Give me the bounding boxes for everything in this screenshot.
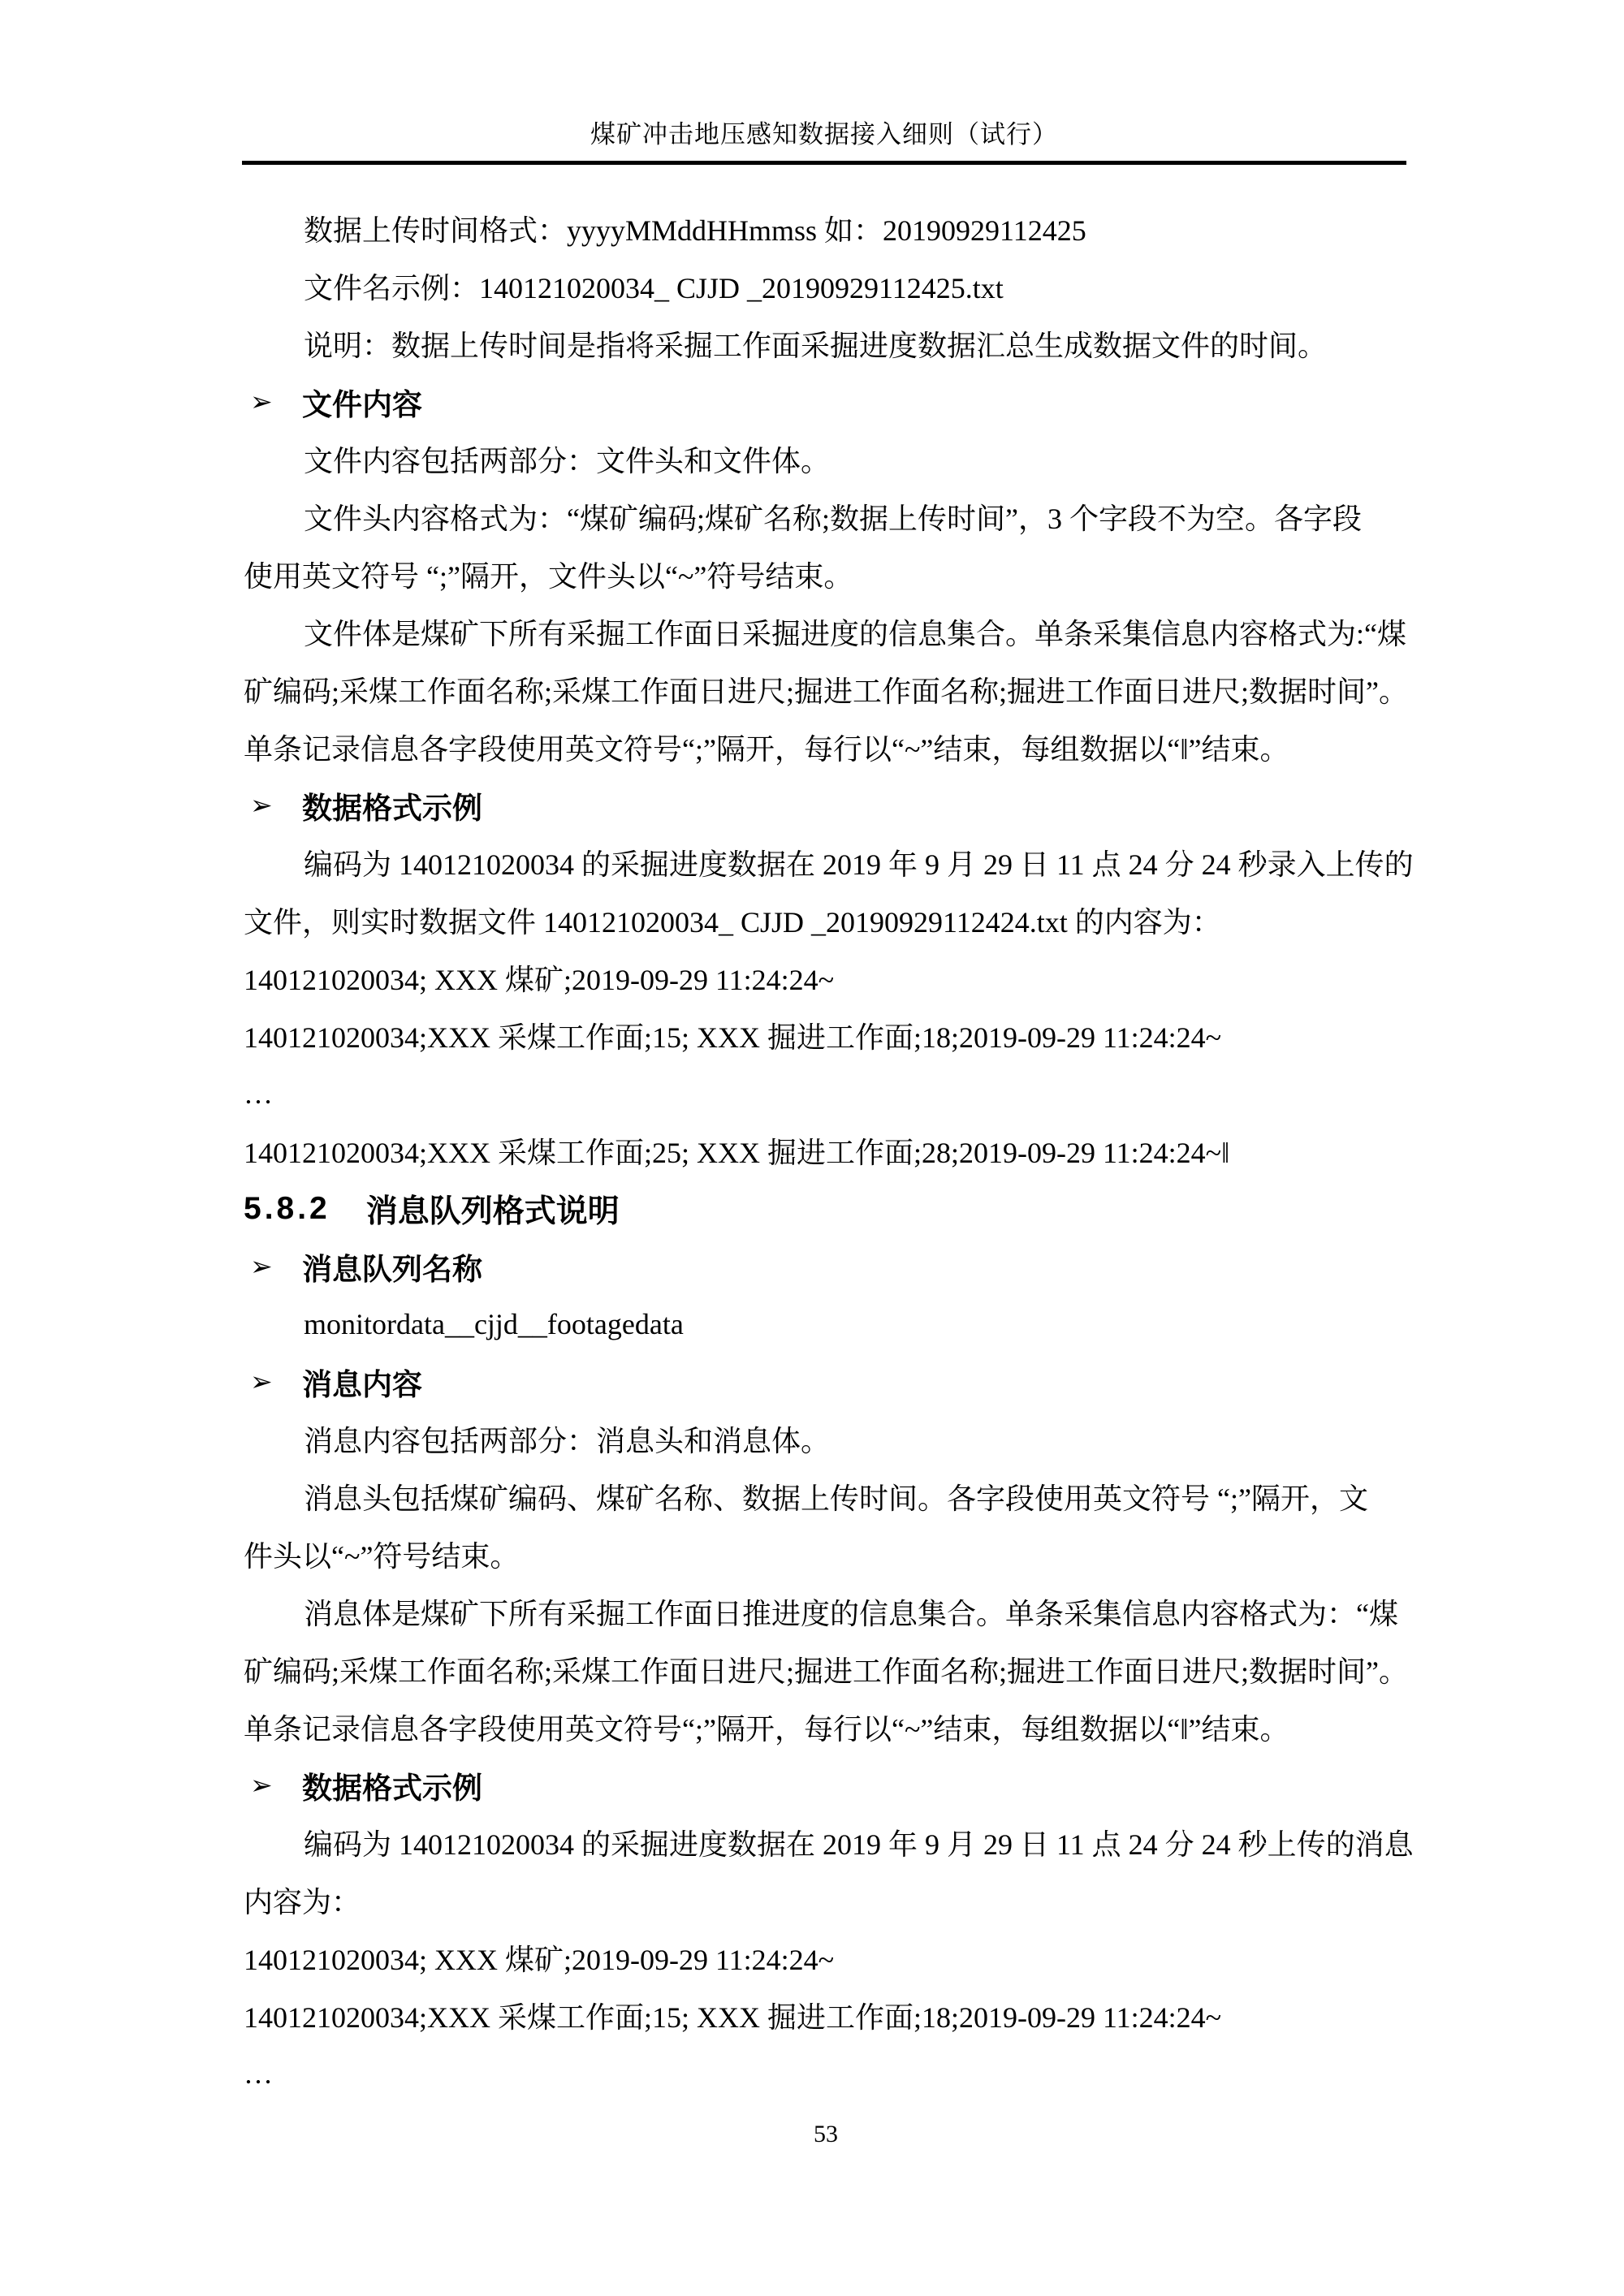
body-line: 消息头包括煤矿编码、煤矿名称、数据上传时间。各字段使用英文符号 “;”隔开，文 [244, 1468, 1413, 1526]
section-heading-582: 5.8.2 消息队列格式说明 [244, 1180, 1413, 1237]
queue-name-line: monitordata__cjjd__footagedata [244, 1295, 1413, 1353]
body-line: 文件头内容格式为：“煤矿编码;煤矿名称;数据上传时间”，3 个字段不为空。各字段 [244, 488, 1413, 546]
document-body: 数据上传时间格式：yyyyMMddHHmmss 如：20190929112425… [244, 200, 1413, 2102]
bullet-heading-label: 消息内容 [302, 1360, 422, 1404]
arrow-bullet-icon: ➢ [250, 1366, 302, 1398]
data-example-line: 140121020034;XXX 采煤工作面;15; XXX 掘进工作面;18;… [244, 1987, 1413, 2044]
ellipsis-line: … [244, 1064, 1413, 1122]
ellipsis-line: … [244, 2044, 1413, 2102]
body-line: 单条记录信息各字段使用英文符号“;”隔开，每行以“~”结束，每组数据以“‖”结束… [244, 1698, 1413, 1756]
section-title: 消息队列格式说明 [366, 1186, 620, 1232]
section-number: 5.8.2 [244, 1191, 330, 1227]
body-line: 文件体是煤矿下所有采掘工作面日采掘进度的信息集合。单条采集信息内容格式为:“煤 [244, 603, 1413, 661]
bullet-heading-label: 数据格式示例 [302, 1763, 482, 1807]
arrow-bullet-icon: ➢ [250, 1769, 302, 1802]
bullet-heading-data-format-example-1: ➢ 数据格式示例 [244, 776, 1413, 834]
body-line: 单条记录信息各字段使用英文符号“;”隔开，每行以“~”结束，每组数据以“‖”结束… [244, 719, 1413, 776]
arrow-bullet-icon: ➢ [250, 386, 302, 418]
arrow-bullet-icon: ➢ [250, 789, 302, 822]
bullet-heading-label: 文件内容 [302, 380, 422, 424]
document-page: { "header": { "title": "煤矿冲击地压感知数据接入细则（试… [0, 0, 1624, 2296]
data-example-line: 140121020034;XXX 采煤工作面;15; XXX 掘进工作面;18;… [244, 1007, 1413, 1064]
bullet-heading-queue-name: ➢ 消息队列名称 [244, 1237, 1413, 1295]
data-example-line: 140121020034;XXX 采煤工作面;25; XXX 掘进工作面;28;… [244, 1122, 1413, 1180]
body-line: 数据上传时间格式：yyyyMMddHHmmss 如：20190929112425 [244, 200, 1413, 257]
bullet-heading-file-content: ➢ 文件内容 [244, 373, 1413, 430]
body-line: 矿编码;采煤工作面名称;采煤工作面日进尺;掘进工作面名称;掘进工作面日进尺;数据… [244, 1641, 1413, 1698]
data-example-line: 140121020034; XXX 煤矿;2019-09-29 11:24:24… [244, 1929, 1413, 1987]
data-example-line: 140121020034; XXX 煤矿;2019-09-29 11:24:24… [244, 949, 1413, 1007]
arrow-bullet-icon: ➢ [250, 1250, 302, 1283]
body-line: 文件，则实时数据文件 140121020034_ CJJD _201909291… [244, 891, 1413, 949]
body-line: 编码为 140121020034 的采掘进度数据在 2019 年 9 月 29 … [244, 1814, 1413, 1871]
bullet-heading-label: 数据格式示例 [302, 783, 482, 827]
body-line: 件头以“~”符号结束。 [244, 1526, 1413, 1583]
bullet-heading-label: 消息队列名称 [302, 1245, 482, 1288]
body-line: 矿编码;采煤工作面名称;采煤工作面日进尺;掘进工作面名称;掘进工作面日进尺;数据… [244, 661, 1413, 719]
body-line: 内容为： [244, 1871, 1413, 1929]
body-line: 文件内容包括两部分：文件头和文件体。 [244, 430, 1413, 488]
bullet-heading-message-content: ➢ 消息内容 [244, 1353, 1413, 1410]
body-line: 消息内容包括两部分：消息头和消息体。 [244, 1410, 1413, 1468]
body-line: 消息体是煤矿下所有采掘工作面日推进度的信息集合。单条采集信息内容格式为：“煤 [244, 1583, 1413, 1641]
bullet-heading-data-format-example-2: ➢ 数据格式示例 [244, 1756, 1413, 1814]
page-header-title: 煤矿冲击地压感知数据接入细则（试行） [242, 114, 1406, 165]
body-line: 文件名示例：140121020034_ CJJD _20190929112425… [244, 257, 1413, 315]
body-line: 使用英文符号 “;”隔开，文件头以“~”符号结束。 [244, 546, 1413, 603]
body-line: 编码为 140121020034 的采掘进度数据在 2019 年 9 月 29 … [244, 834, 1413, 891]
body-line: 说明：数据上传时间是指将采掘工作面采掘进度数据汇总生成数据文件的时间。 [244, 315, 1413, 373]
page-number: 53 [244, 2121, 1408, 2148]
